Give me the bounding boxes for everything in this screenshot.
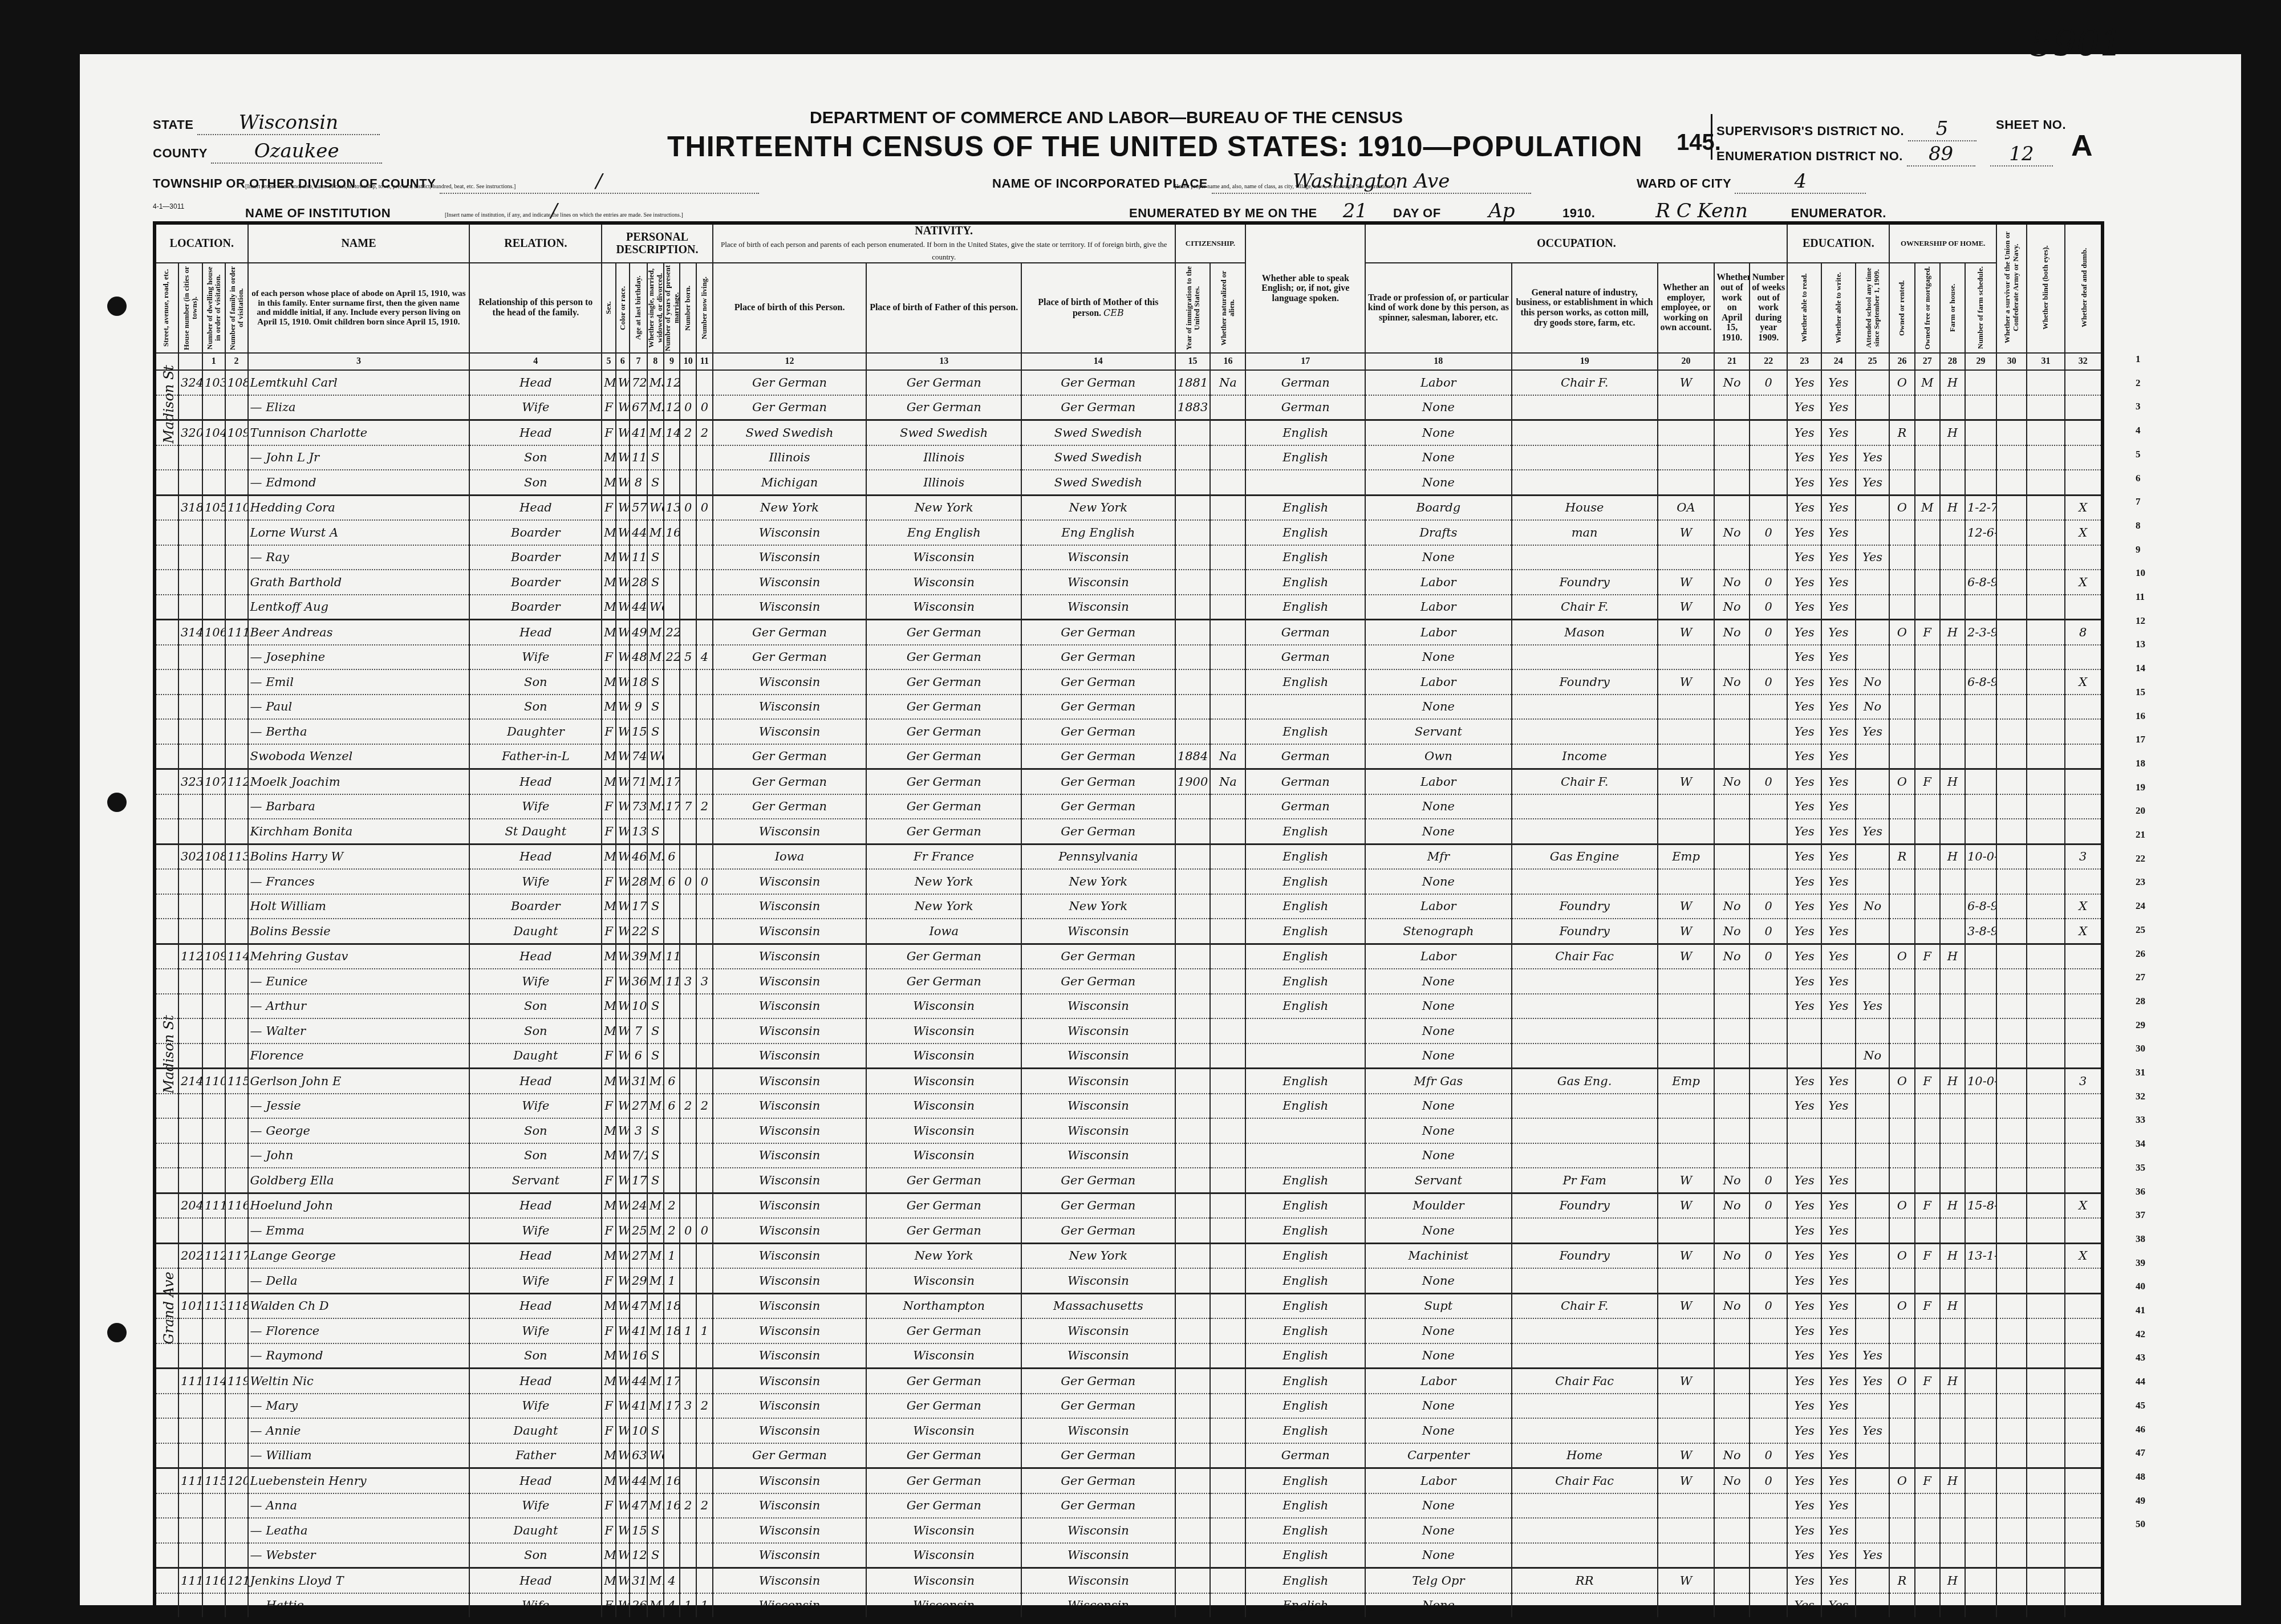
cell-race: W — [616, 844, 630, 869]
cell-own — [1889, 545, 1914, 570]
cell-emp — [1658, 1343, 1714, 1369]
cell-farm: H — [1940, 844, 1965, 869]
cell-surv — [1996, 570, 2027, 595]
cell-years-married: 6 — [664, 844, 680, 869]
cell-marital: S — [647, 1044, 664, 1069]
group-occupation: OCCUPATION. — [1365, 223, 1787, 263]
table-row: FlorenceDaughtFW6SWisconsinWisconsinWisc… — [155, 1044, 2103, 1069]
cell-dwelling — [202, 1318, 225, 1343]
cell-out — [1714, 1318, 1750, 1343]
cell-free — [1915, 1143, 1940, 1168]
cell-immig — [1175, 1493, 1211, 1519]
table-row: — EmilSonMW18SWisconsinGer GermanGer Ger… — [155, 669, 2103, 695]
cell-birth: Ger German — [713, 1443, 867, 1468]
cell-relation: Son — [469, 669, 602, 695]
cell-dwelling — [202, 1143, 225, 1168]
cell-school — [1856, 1468, 1890, 1493]
form-code: 4-1—3011 — [153, 202, 184, 210]
cell-mother: Wisconsin — [1021, 1343, 1175, 1369]
cell-name: — Arthur — [248, 994, 470, 1019]
cell-industry — [1512, 719, 1658, 744]
cell-relation: Son — [469, 1343, 602, 1369]
cell-trade: None — [1365, 1518, 1511, 1543]
cell-free: F — [1915, 620, 1940, 645]
cell-read: Yes — [1787, 620, 1821, 645]
cell-years-married — [664, 1118, 680, 1143]
cell-weeks — [1750, 1394, 1787, 1419]
cell-marital: S — [647, 1018, 664, 1044]
cell-nat — [1210, 894, 1245, 919]
cell-sex: F — [602, 1318, 615, 1343]
cell-mother: Wisconsin — [1021, 994, 1175, 1019]
cell-birth: Illinois — [713, 445, 867, 470]
cell-father: Illinois — [866, 445, 1021, 470]
cell-industry — [1512, 819, 1658, 844]
cell-deaf — [2065, 1543, 2103, 1568]
cell-race: W — [616, 769, 630, 794]
cell-surv — [1996, 1443, 2027, 1468]
cell-farm — [1940, 669, 1965, 695]
cell-deaf — [2065, 1218, 2103, 1243]
cell-emp — [1658, 819, 1714, 844]
cell-father: Ger German — [866, 620, 1021, 645]
cell-free — [1915, 545, 1940, 570]
cell-street — [155, 1118, 178, 1143]
cell-immig — [1175, 869, 1211, 894]
header-deaf: Whether deaf and dumb. — [2065, 223, 2103, 353]
cell-dwelling: 107 — [202, 769, 225, 794]
cell-language: English — [1245, 919, 1365, 944]
cell-school — [1856, 495, 1890, 520]
enumerator-name: R C Kenn — [1616, 200, 1787, 224]
cell-farm — [1940, 1343, 1965, 1369]
cell-name: — Eliza — [248, 395, 470, 420]
cell-age: 9 — [630, 695, 647, 720]
cell-language: English — [1245, 595, 1365, 620]
cell-nat — [1210, 1143, 1245, 1168]
cell-emp: Emp — [1658, 1069, 1714, 1094]
cell-write: Yes — [1821, 695, 1856, 720]
cell-write: Yes — [1821, 1568, 1856, 1593]
cell-write: Yes — [1821, 395, 1856, 420]
line-number: 18 — [2136, 758, 2145, 769]
cell-out: No — [1714, 595, 1750, 620]
cell-street — [155, 1443, 178, 1468]
cell-birth: Wisconsin — [713, 1369, 867, 1394]
cell-deaf: 3 — [2065, 1069, 2103, 1094]
cell-weeks — [1750, 1218, 1787, 1243]
line-number: 34 — [2136, 1138, 2145, 1150]
cell-sex: M — [602, 570, 615, 595]
cell-sex: F — [602, 1268, 615, 1293]
cell-house: 1117 — [178, 1568, 202, 1593]
cell-farm: H — [1940, 1193, 1965, 1218]
cell-marital: M1 — [647, 1593, 664, 1619]
cell-living — [696, 1268, 713, 1293]
cell-living — [696, 695, 713, 720]
cell-mother: Wisconsin — [1021, 595, 1175, 620]
cell-write: Yes — [1821, 1394, 1856, 1419]
cell-father: Ger German — [866, 1218, 1021, 1243]
cell-born — [680, 669, 696, 695]
cell-farm: H — [1940, 1069, 1965, 1094]
cell-born — [680, 1243, 696, 1268]
year-label: 1910. — [1562, 206, 1596, 220]
cell-surv — [1996, 1044, 2027, 1069]
cell-mother: Ger German — [1021, 1193, 1175, 1218]
cell-school — [1856, 1293, 1890, 1318]
census-title: THIRTEENTH CENSUS OF THE UNITED STATES: … — [667, 130, 1643, 163]
cell-father: Eng English — [866, 520, 1021, 545]
cell-living — [696, 669, 713, 695]
cell-out — [1714, 1018, 1750, 1044]
line-number: 40 — [2136, 1281, 2145, 1292]
column-number: 20 — [1658, 353, 1714, 370]
cell-race: W — [616, 570, 630, 595]
cell-race: W — [616, 1394, 630, 1419]
cell-birth: Wisconsin — [713, 1069, 867, 1094]
cell-living — [696, 819, 713, 844]
cell-sex: M — [602, 620, 615, 645]
cell-free — [1915, 1018, 1940, 1044]
column-number: 13 — [866, 353, 1021, 370]
cell-emp: W — [1658, 1193, 1714, 1218]
cell-house: 111 — [178, 1468, 202, 1493]
cell-free: M — [1915, 495, 1940, 520]
cell-farm: H — [1940, 1468, 1965, 1493]
cell-nat — [1210, 994, 1245, 1019]
cell-weeks: 0 — [1750, 769, 1787, 794]
cell-free: F — [1915, 944, 1940, 969]
cell-mother: Ger German — [1021, 969, 1175, 994]
cell-living — [696, 520, 713, 545]
cell-relation: Wife — [469, 1094, 602, 1119]
cell-age: 27 — [630, 1243, 647, 1268]
state-field: State Wisconsin — [153, 111, 380, 135]
cell-sex: M — [602, 844, 615, 869]
cell-nat — [1210, 1293, 1245, 1318]
cell-school: No — [1856, 894, 1890, 919]
cell-farm — [1940, 1143, 1965, 1168]
cell-street — [155, 994, 178, 1019]
cell-nat — [1210, 520, 1245, 545]
cell-industry — [1512, 794, 1658, 819]
cell-mother: Ger German — [1021, 944, 1175, 969]
cell-farm: H — [1940, 495, 1965, 520]
cell-born — [680, 520, 696, 545]
table-row: — WebsterSonMW12SWisconsinWisconsinWisco… — [155, 1543, 2103, 1568]
header-read: Whether able to read. — [1787, 263, 1821, 353]
cell-emp: W — [1658, 919, 1714, 944]
cell-own — [1889, 1343, 1914, 1369]
cell-farm: H — [1940, 1293, 1965, 1318]
cell-father: Wisconsin — [866, 1418, 1021, 1443]
cell-name: — Josephine — [248, 645, 470, 670]
cell-language: English — [1245, 1318, 1365, 1343]
cell-trade: None — [1365, 819, 1511, 844]
cell-dwelling — [202, 1268, 225, 1293]
cell-surv — [1996, 1069, 2027, 1094]
cell-nat — [1210, 1568, 1245, 1593]
cell-surv — [1996, 1193, 2027, 1218]
cell-family: 114 — [225, 944, 248, 969]
cell-birth: Ger German — [713, 620, 867, 645]
cell-weeks — [1750, 1418, 1787, 1443]
cell-nat — [1210, 819, 1245, 844]
cell-trade: Servant — [1365, 719, 1511, 744]
header-army-survivor: Whether a survivor of the Union or Confe… — [1996, 223, 2027, 353]
cell-industry: Income — [1512, 744, 1658, 769]
cell-race: W — [616, 944, 630, 969]
cell-trade: None — [1365, 1394, 1511, 1419]
cell-family — [225, 1343, 248, 1369]
cell-years-married — [664, 1343, 680, 1369]
cell-language: English — [1245, 1543, 1365, 1568]
cell-sched — [1965, 1143, 1996, 1168]
cell-industry — [1512, 1143, 1658, 1168]
cell-out — [1714, 495, 1750, 520]
cell-living — [696, 1069, 713, 1094]
cell-house — [178, 1218, 202, 1243]
cell-free — [1915, 1118, 1940, 1143]
cell-race: W — [616, 370, 630, 395]
cell-trade: Labor — [1365, 620, 1511, 645]
cell-dwelling — [202, 869, 225, 894]
cell-immig — [1175, 1543, 1211, 1568]
cell-weeks: 0 — [1750, 894, 1787, 919]
cell-free: F — [1915, 1293, 1940, 1318]
cell-free — [1915, 1543, 1940, 1568]
cell-street — [155, 545, 178, 570]
cell-industry: Foundry — [1512, 570, 1658, 595]
cell-relation: Boarder — [469, 545, 602, 570]
cell-weeks — [1750, 994, 1787, 1019]
institution-value: / — [395, 200, 714, 224]
cell-street — [155, 869, 178, 894]
cell-relation: Head — [469, 944, 602, 969]
cell-language: English — [1245, 1593, 1365, 1619]
cell-nat — [1210, 869, 1245, 894]
cell-read: Yes — [1787, 545, 1821, 570]
cell-emp: W — [1658, 1443, 1714, 1468]
cell-read: Yes — [1787, 919, 1821, 944]
cell-sched: 10-0-4 — [1965, 1069, 1996, 1094]
cell-language: English — [1245, 1218, 1365, 1243]
cell-street — [155, 819, 178, 844]
cell-surv — [1996, 969, 2027, 994]
cell-sched — [1965, 1493, 1996, 1519]
cell-deaf — [2065, 370, 2103, 395]
cell-immig — [1175, 470, 1211, 495]
cell-blind — [2027, 695, 2064, 720]
cell-emp — [1658, 420, 1714, 445]
cell-write: Yes — [1821, 1343, 1856, 1369]
cell-sex: M — [602, 1369, 615, 1394]
cell-language: English — [1245, 495, 1365, 520]
cell-sex: M — [602, 595, 615, 620]
table-row: — WilliamFatherMW63WdGer GermanGer Germa… — [155, 1443, 2103, 1468]
cell-age: 10 — [630, 1418, 647, 1443]
cell-relation: Father — [469, 1443, 602, 1468]
cell-free: F — [1915, 1193, 1940, 1218]
cell-read: Yes — [1787, 645, 1821, 670]
cell-deaf — [2065, 1443, 2103, 1468]
cell-immig — [1175, 894, 1211, 919]
cell-deaf — [2065, 470, 2103, 495]
cell-birth: Ger German — [713, 769, 867, 794]
cell-blind — [2027, 445, 2064, 470]
cell-street — [155, 520, 178, 545]
cell-out: No — [1714, 1193, 1750, 1218]
cell-free — [1915, 1568, 1940, 1593]
cell-nat — [1210, 1118, 1245, 1143]
cell-years-married: 22 — [664, 645, 680, 670]
cell-deaf — [2065, 1493, 2103, 1519]
cell-years-married — [664, 669, 680, 695]
cell-industry — [1512, 994, 1658, 1019]
cell-house: 1016 — [178, 1293, 202, 1318]
cell-marital: M1 — [647, 1394, 664, 1419]
header-house-number: House number (in cities or towns). — [178, 263, 202, 353]
cell-emp: W — [1658, 1369, 1714, 1394]
cell-years-married — [664, 595, 680, 620]
cell-out — [1714, 1118, 1750, 1143]
cell-deaf — [2065, 1418, 2103, 1443]
cell-dwelling: 111 — [202, 1193, 225, 1218]
cell-age: 73 — [630, 794, 647, 819]
cell-weeks: 0 — [1750, 1243, 1787, 1268]
cell-immig — [1175, 794, 1211, 819]
cell-school: No — [1856, 695, 1890, 720]
cell-blind — [2027, 520, 2064, 545]
cell-relation: Head — [469, 420, 602, 445]
cell-name: Weltin Nic — [248, 1369, 470, 1394]
cell-nat — [1210, 1418, 1245, 1443]
cell-age: 57 — [630, 495, 647, 520]
cell-blind — [2027, 1218, 2064, 1243]
cell-birth: Wisconsin — [713, 1193, 867, 1218]
cell-mother: Swed Swedish — [1021, 420, 1175, 445]
sheet-number-field: 12 — [1990, 143, 2053, 167]
cell-father: Wisconsin — [866, 1543, 1021, 1568]
cell-race: W — [616, 1044, 630, 1069]
header-dwelling: Number of dwelling house in order of vis… — [202, 263, 225, 353]
cell-sex: M — [602, 1443, 615, 1468]
cell-farm: H — [1940, 620, 1965, 645]
cell-father: Ger German — [866, 395, 1021, 420]
cell-blind — [2027, 1369, 2064, 1394]
group-ownership: OWNERSHIP OF HOME. — [1889, 223, 1996, 263]
cell-family — [225, 894, 248, 919]
cell-free: F — [1915, 1243, 1940, 1268]
cell-marital: S — [647, 470, 664, 495]
cell-sex: F — [602, 719, 615, 744]
cell-dwelling — [202, 1218, 225, 1243]
group-relation: RELATION. — [469, 223, 602, 263]
cell-born — [680, 1268, 696, 1293]
cell-immig — [1175, 1118, 1211, 1143]
cell-father: Wisconsin — [866, 1268, 1021, 1293]
cell-out: No — [1714, 1468, 1750, 1493]
line-number: 15 — [2136, 687, 2145, 698]
cell-farm — [1940, 1118, 1965, 1143]
cell-sex: F — [602, 395, 615, 420]
cell-marital: S — [647, 1418, 664, 1443]
cell-free: F — [1915, 1069, 1940, 1094]
cell-mother: Ger German — [1021, 620, 1175, 645]
header-farm-house: Farm or house. — [1940, 263, 1965, 353]
cell-nat — [1210, 445, 1245, 470]
cell-trade: None — [1365, 1593, 1511, 1619]
cell-family — [225, 1218, 248, 1243]
cell-name: — William — [248, 1443, 470, 1468]
cell-school: Yes — [1856, 445, 1890, 470]
cell-age: 7/12 — [630, 1143, 647, 1168]
cell-age: 17 — [630, 894, 647, 919]
cell-weeks — [1750, 495, 1787, 520]
cell-write: Yes — [1821, 919, 1856, 944]
cell-free — [1915, 1318, 1940, 1343]
cell-deaf — [2065, 1143, 2103, 1168]
cell-deaf — [2065, 869, 2103, 894]
township-note: [Insert proper name and, also, name of c… — [245, 184, 516, 190]
cell-birth: Wisconsin — [713, 1143, 867, 1168]
cell-write: Yes — [1821, 744, 1856, 769]
cell-deaf — [2065, 1168, 2103, 1193]
cell-birth: Ger German — [713, 645, 867, 670]
cell-language: English — [1245, 669, 1365, 695]
cell-industry — [1512, 1268, 1658, 1293]
cell-nat — [1210, 645, 1245, 670]
cell-birth: Wisconsin — [713, 1518, 867, 1543]
cell-street — [155, 1168, 178, 1193]
cell-school — [1856, 769, 1890, 794]
county-value: Ozaukee — [211, 140, 382, 164]
cell-dwelling — [202, 1168, 225, 1193]
cell-farm — [1940, 1493, 1965, 1519]
cell-street — [155, 1318, 178, 1343]
cell-nat: Na — [1210, 370, 1245, 395]
cell-years-married: 12 — [664, 370, 680, 395]
cell-sex: F — [602, 1394, 615, 1419]
cell-name: — Jessie — [248, 1094, 470, 1119]
cell-marital: S — [647, 1143, 664, 1168]
table-row: — LeathaDaughtFW15SWisconsinWisconsinWis… — [155, 1518, 2103, 1543]
cell-deaf — [2065, 1518, 2103, 1543]
cell-born: 5 — [680, 645, 696, 670]
column-number: 27 — [1915, 353, 1940, 370]
cell-trade: Stenograph — [1365, 919, 1511, 944]
cell-relation: Daught — [469, 919, 602, 944]
cell-trade: None — [1365, 695, 1511, 720]
cell-surv — [1996, 545, 2027, 570]
cell-free — [1915, 794, 1940, 819]
table-row: — FlorenceWifeFW41M11811WisconsinGer Ger… — [155, 1318, 2103, 1343]
cell-language — [1245, 695, 1365, 720]
cell-immig — [1175, 420, 1211, 445]
cell-free: F — [1915, 769, 1940, 794]
cell-age: 71 — [630, 769, 647, 794]
cell-blind — [2027, 819, 2064, 844]
cell-race: W — [616, 420, 630, 445]
table-row: — JohnSonMW7/12SWisconsinWisconsinWiscon… — [155, 1143, 2103, 1168]
cell-out — [1714, 869, 1750, 894]
cell-out: No — [1714, 1293, 1750, 1318]
cell-house: 204 — [178, 1193, 202, 1218]
cell-immig — [1175, 1193, 1211, 1218]
cell-father: Ger German — [866, 645, 1021, 670]
table-row: — ArthurSonMW10SWisconsinWisconsinWiscon… — [155, 994, 2103, 1019]
